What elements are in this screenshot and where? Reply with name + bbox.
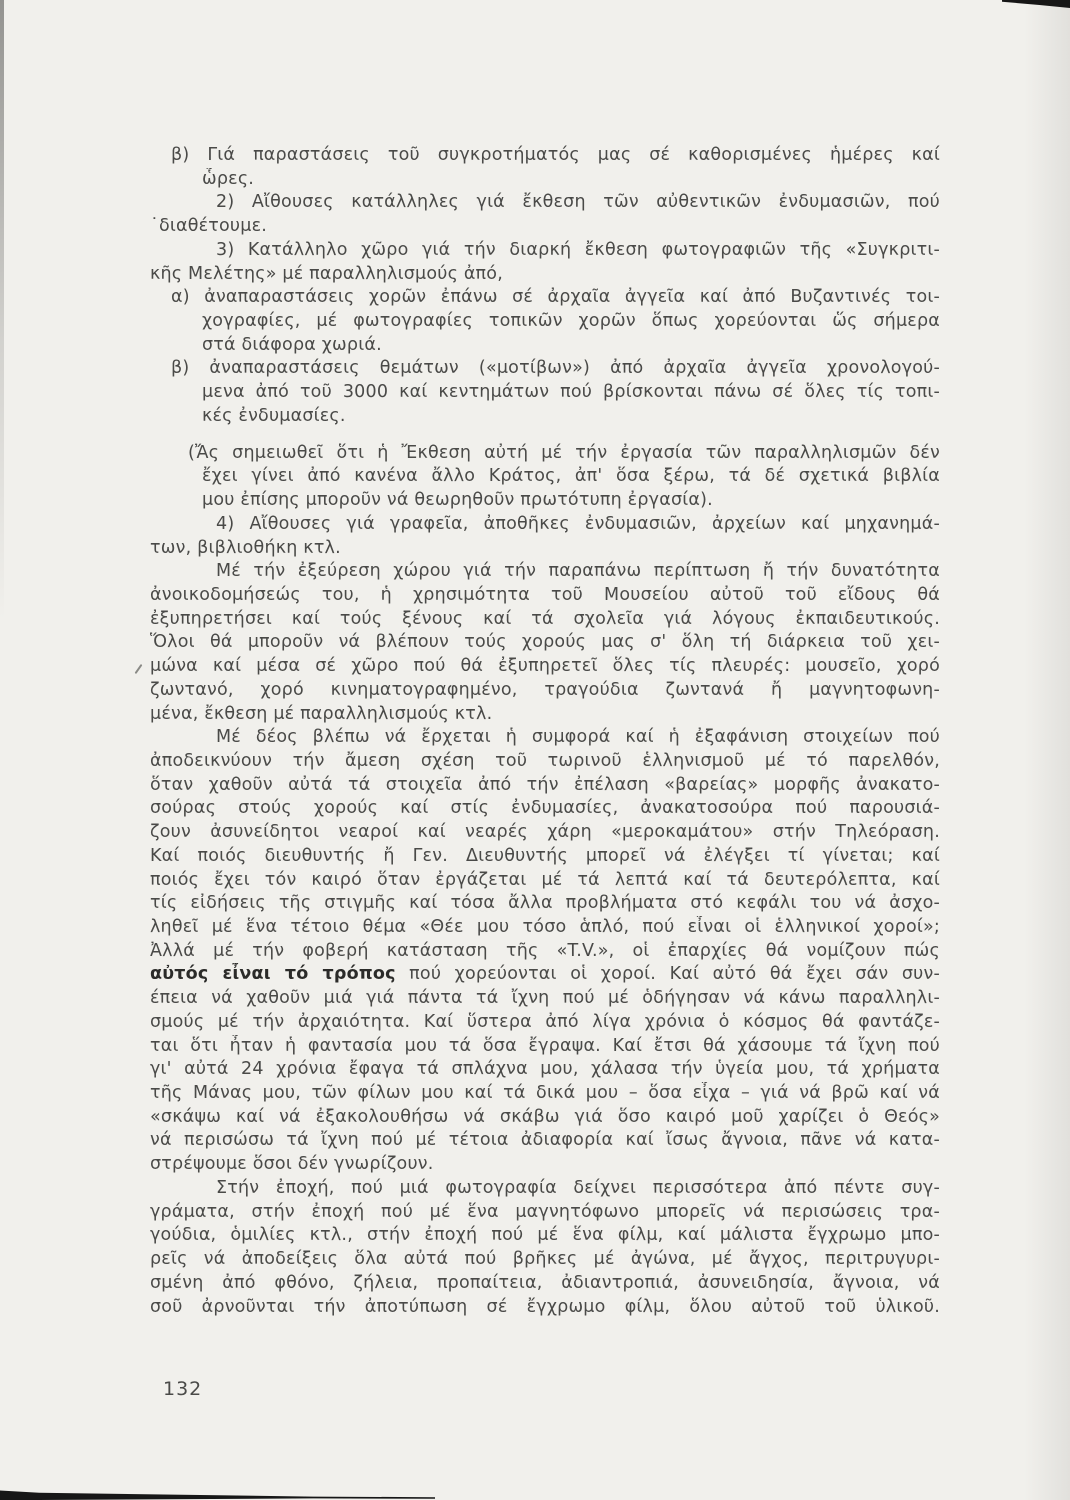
text-segment: σμούς μέ τήν ἀρχαιότητα. Καί ὕστερα ἀπό … — [150, 1012, 940, 1032]
text-segment: των, βιβλιοθήκη κτλ. — [150, 538, 341, 558]
text-line: α) ἀναπαραστάσεις χορῶν ἐπάνω σέ ἀρχαῖα … — [171, 286, 940, 310]
bold-text-segment: αὐτός εἶναι τό τρόπος — [150, 964, 396, 984]
text-segment: ζουν ἀσυνείδητοι νεαροί καί νεαρές χάρη … — [150, 822, 940, 842]
text-line: χογραφίες, μέ φωτογραφίες τοπικῶν χορῶν … — [202, 310, 940, 334]
text-line: των, βιβλιοθήκη κτλ. — [150, 537, 940, 561]
text-line: Μέ δέος βλέπω νά ἔρχεται ἡ συμφορά καί ἡ… — [216, 726, 940, 750]
text-line: μου ἐπίσης μποροῦν νά θεωρηθοῦν πρωτότυπ… — [202, 489, 940, 513]
text-segment: μώνα καί μέσα σέ χῶρο πού θά ἐξυπηρετεῖ … — [150, 656, 940, 676]
text-segment: Στήν ἐποχή, πού μιά φωτογραφία δείχνει π… — [216, 1178, 940, 1198]
text-segment: σοῦ ἀρνοῦνται τήν ἀποτύπωση σέ ἔγχρωμο φ… — [150, 1297, 940, 1317]
text-line: ἐξυπηρετήσει καί τούς ξένους καί τά σχολ… — [150, 608, 940, 632]
text-segment: 4) Αἴθουσες γιά γραφεῖα, ἀποθῆκες ἐνδυμα… — [216, 514, 940, 534]
text-segment: ποιός ἔχει τόν καιρό ὅταν ἐργάζεται μέ τ… — [150, 870, 940, 890]
text-line: (Ἄς σημειωθεῖ ὅτι ἡ Ἔκθεση αὐτή μέ τήν ἐ… — [188, 442, 940, 466]
text-line: γράματα, στήν ἐποχή πού μέ ἕνα μαγνητόφω… — [150, 1201, 940, 1225]
text-line: ἀποδεικνύουν τήν ἄμεση σχέση τοῦ τωρινοῦ… — [150, 750, 940, 774]
text-segment: 2) Αἴθουσες κατάλληλες γιά ἔκθεση τῶν αὐ… — [216, 192, 940, 212]
text-segment: ὅταν χαθοῦν αὐτά τά στοιχεῖα ἀπό τήν ἐπέ… — [150, 775, 940, 795]
text-line: στρέψουμε ὅσοι δέν γνωρίζουν. — [150, 1153, 940, 1177]
text-line: μενα ἀπό τοῦ 3000 καί κεντημάτων πού βρί… — [202, 381, 940, 405]
text-line: κῆς Μελέτης» μέ παραλληλισμούς ἀπό, — [150, 263, 940, 287]
text-segment: α) ἀναπαραστάσεις χορῶν ἐπάνω σέ ἀρχαῖα … — [171, 287, 940, 307]
text-line: ἔχει γίνει ἀπό κανένα ἄλλο Κράτος, ἀπ' ὅ… — [202, 465, 940, 489]
text-segment: Ἀλλά μέ τήν φοβερή κατάσταση τῆς «T.V.»,… — [150, 941, 940, 961]
text-segment: τῆς Μάνας μου, τῶν φίλων μου καί τά δικά… — [150, 1083, 940, 1103]
text-segment: β) Γιά παραστάσεις τοῦ συγκροτήματός μας… — [171, 145, 940, 165]
text-segment: ἔχει γίνει ἀπό κανένα ἄλλο Κράτος, ἀπ' ὅ… — [202, 466, 940, 486]
text-line: ρεῖς νά ἀποδείξεις ὅλα αὐτά πού βρῆκες μ… — [150, 1248, 940, 1272]
text-segment: (Ἄς σημειωθεῖ ὅτι ἡ Ἔκθεση αὐτή μέ τήν ἐ… — [188, 443, 940, 463]
page-number: 132 — [163, 1378, 202, 1400]
scan-artifact-bottom-left — [0, 1490, 435, 1500]
text-segment: στά διάφορα χωριά. — [202, 335, 382, 355]
text-segment: χογραφίες, μέ φωτογραφίες τοπικῶν χορῶν … — [202, 311, 940, 331]
text-segment: γράματα, στήν ἐποχή πού μέ ἕνα μαγνητόφω… — [150, 1202, 940, 1222]
text-segment: ἀποδεικνύουν τήν ἄμεση σχέση τοῦ τωρινοῦ… — [150, 751, 940, 771]
text-segment: ἐξυπηρετήσει καί τούς ξένους καί τά σχολ… — [150, 609, 940, 629]
text-line: σούρας στούς χορούς καί στίς ἐνδυμασίες,… — [150, 797, 940, 821]
text-line: ποιός ἔχει τόν καιρό ὅταν ἐργάζεται μέ τ… — [150, 869, 940, 893]
text-line: ζουν ἀσυνείδητοι νεαροί καί νεαρές χάρη … — [150, 821, 940, 845]
text-line: Ὅλοι θά μποροῦν νά βλέπουν τούς χορούς μ… — [150, 631, 940, 655]
text-line: έπεια νά χαθοῦν μιά γιά πάντα τά ἴχνη πο… — [150, 987, 940, 1011]
text-segment: μένα, ἔκθεση μέ παραλληλισμούς κτλ. — [150, 704, 492, 724]
text-line: ˙διαθέτουμε. — [150, 215, 940, 239]
text-line: γούδια, ὁμιλίες κτλ., στήν ἐποχή πού μέ … — [150, 1224, 940, 1248]
page-curve-shading-right — [1024, 0, 1070, 1500]
text-line: 3) Κατάλληλο χῶρο γιά τήν διαρκή ἔκθεση … — [216, 239, 940, 263]
text-line: β) ἀναπαραστάσεις θεμάτων («μοτίβων») ἀπ… — [171, 357, 940, 381]
text-line: μώνα καί μέσα σέ χῶρο πού θά ἐξυπηρετεῖ … — [150, 655, 940, 679]
book-page: β) Γιά παραστάσεις τοῦ συγκροτήματός μας… — [0, 0, 1070, 1500]
text-segment: έπεια νά χαθοῦν μιά γιά πάντα τά ἴχνη πο… — [150, 988, 940, 1008]
text-line: σοῦ ἀρνοῦνται τήν ἀποτύπωση σέ ἔγχρωμο φ… — [150, 1296, 940, 1320]
text-segment: β) ἀναπαραστάσεις θεμάτων («μοτίβων») ἀπ… — [171, 358, 940, 378]
text-segment: Μέ τήν ἐξεύρεση χώρου γιά τήν παραπάνω π… — [216, 561, 940, 581]
text-line: Καί ποιός διευθυντής ἤ Γεν. Διευθυντής μ… — [150, 845, 940, 869]
text-segment: τίς εἰδήσεις τῆς στιγμῆς καί τόσα ἄλλα π… — [150, 893, 940, 913]
text-line: Ἀλλά μέ τήν φοβερή κατάσταση τῆς «T.V.»,… — [150, 940, 940, 964]
text-segment: μενα ἀπό τοῦ 3000 καί κεντημάτων πού βρί… — [202, 382, 940, 402]
text-line: αὐτός εἶναι τό τρόπος πού χορεύονται οἱ … — [150, 963, 940, 987]
text-line: κές ἐνδυμασίες. — [202, 405, 940, 429]
text-segment: μου ἐπίσης μποροῦν νά θεωρηθοῦν πρωτότυπ… — [202, 490, 713, 510]
text-segment: κές ἐνδυμασίες. — [202, 406, 346, 426]
scan-edge-shadow-left — [0, 0, 4, 620]
text-segment: ληθεῖ μέ ἕνα τέτοιο θέμα «Θέε μου τόσο ἁ… — [150, 917, 940, 937]
text-line: νά περισώσω τά ἴχνη πού μέ τέτοια ἀδιαφο… — [150, 1129, 940, 1153]
text-line: ὅταν χαθοῦν αὐτά τά στοιχεῖα ἀπό τήν ἐπέ… — [150, 774, 940, 798]
text-line: 4) Αἴθουσες γιά γραφεῖα, ἀποθῆκες ἐνδυμα… — [216, 513, 940, 537]
text-segment: ˙διαθέτουμε. — [150, 216, 267, 236]
text-segment: ρεῖς νά ἀποδείξεις ὅλα αὐτά πού βρῆκες μ… — [150, 1249, 940, 1269]
text-segment: Ὅλοι θά μποροῦν νά βλέπουν τούς χορούς μ… — [150, 632, 940, 652]
text-segment: σμένη ἀπό φθόνο, ζήλεια, προπαίτεια, ἀδι… — [150, 1273, 940, 1293]
text-segment: 3) Κατάλληλο χῶρο γιά τήν διαρκή ἔκθεση … — [216, 240, 940, 260]
text-line: μένα, ἔκθεση μέ παραλληλισμούς κτλ. — [150, 703, 940, 727]
text-line: ληθεῖ μέ ἕνα τέτοιο θέμα «Θέε μου τόσο ἁ… — [150, 916, 940, 940]
text-line: γι' αὐτά 24 χρόνια ἔφαγα τά σπλάχνα μου,… — [150, 1058, 940, 1082]
text-line: στά διάφορα χωριά. — [202, 334, 940, 358]
text-line: ται ὅτι ἦταν ἡ φαντασία μου τά ὅσα ἔγραψ… — [150, 1035, 940, 1059]
text-segment: ὧρες. — [202, 169, 254, 189]
text-line: Στήν ἐποχή, πού μιά φωτογραφία δείχνει π… — [216, 1177, 940, 1201]
text-line: ἀνοικοδομήσεώς του, ἡ χρησιμότητα τοῦ Μο… — [150, 584, 940, 608]
text-segment: Μέ δέος βλέπω νά ἔρχεται ἡ συμφορά καί ἡ… — [216, 727, 940, 747]
text-segment: ται ὅτι ἦταν ἡ φαντασία μου τά ὅσα ἔγραψ… — [150, 1036, 940, 1056]
text-line: σμένη ἀπό φθόνο, ζήλεια, προπαίτεια, ἀδι… — [150, 1272, 940, 1296]
text-line: σμούς μέ τήν ἀρχαιότητα. Καί ὕστερα ἀπό … — [150, 1011, 940, 1035]
text-segment: γούδια, ὁμιλίες κτλ., στήν ἐποχή πού μέ … — [150, 1225, 940, 1245]
text-line: β) Γιά παραστάσεις τοῦ συγκροτήματός μας… — [171, 144, 940, 168]
text-segment: γι' αὐτά 24 χρόνια ἔφαγα τά σπλάχνα μου,… — [150, 1059, 940, 1079]
text-segment: Καί ποιός διευθυντής ἤ Γεν. Διευθυντής μ… — [150, 846, 940, 866]
text-segment: ἀνοικοδομήσεώς του, ἡ χρησιμότητα τοῦ Μο… — [150, 585, 940, 605]
text-segment: πού χορεύονται οἱ χοροί. Καί αὐτό θά ἔχε… — [396, 964, 940, 984]
text-segment: σούρας στούς χορούς καί στίς ἐνδυμασίες,… — [150, 798, 940, 818]
stray-pencil-mark — [135, 664, 143, 674]
text-segment: στρέψουμε ὅσοι δέν γνωρίζουν. — [150, 1154, 434, 1174]
text-line: τίς εἰδήσεις τῆς στιγμῆς καί τόσα ἄλλα π… — [150, 892, 940, 916]
text-line: ὧρες. — [202, 168, 940, 192]
text-segment: ζωντανό, χορό κινηματογραφημένο, τραγούδ… — [150, 680, 940, 700]
text-line: 2) Αἴθουσες κατάλληλες γιά ἔκθεση τῶν αὐ… — [216, 191, 940, 215]
text-segment: «σκάψω καί νά ἐξακολουθήσω νά σκάβω γιά … — [150, 1107, 940, 1127]
text-line: ζωντανό, χορό κινηματογραφημένο, τραγούδ… — [150, 679, 940, 703]
text-line: τῆς Μάνας μου, τῶν φίλων μου καί τά δικά… — [150, 1082, 940, 1106]
text-line: «σκάψω καί νά ἐξακολουθήσω νά σκάβω γιά … — [150, 1106, 940, 1130]
text-block: β) Γιά παραστάσεις τοῦ συγκροτήματός μας… — [150, 144, 940, 1319]
text-line: Μέ τήν ἐξεύρεση χώρου γιά τήν παραπάνω π… — [216, 560, 940, 584]
text-segment: νά περισώσω τά ἴχνη πού μέ τέτοια ἀδιαφο… — [150, 1130, 940, 1150]
text-segment: κῆς Μελέτης» μέ παραλληλισμούς ἀπό, — [150, 264, 503, 284]
